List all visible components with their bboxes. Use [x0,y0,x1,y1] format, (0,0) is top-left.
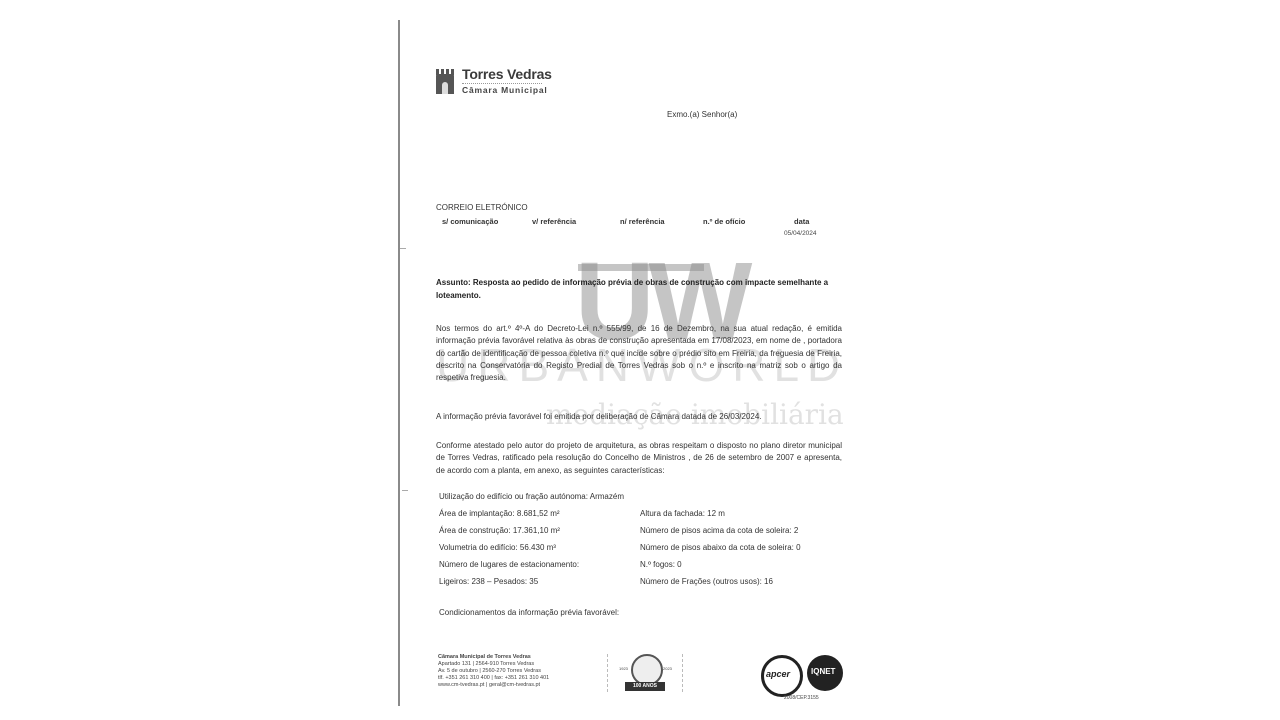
ref-our-reference: n/ referência [620,217,665,226]
letter-date: 05/04/2024 [784,230,817,237]
paragraph-deliberation: A informação prévia favorável foi emitid… [436,411,842,423]
centenary-seal-icon: 1923 2023 100 ANOS [605,652,685,694]
conditions-heading: Condicionamentos da informação prévia fa… [439,608,619,617]
ref-your-reference: v/ referência [532,217,576,226]
spec-right: Número de Frações (outros usos): 16 [640,577,773,586]
edge-tick [402,490,408,491]
spec-right: Número de pisos abaixo da cota de soleir… [640,543,801,552]
footer-line: Câmara Municipal de Torres Vedras [438,654,549,661]
paragraph-legal-basis: Nos termos do art.º 4º-A do Decreto-Lei … [436,323,842,384]
paragraph-compliance: Conforme atestado pelo autor do projeto … [436,440,842,477]
apcer-label: apcer [766,669,790,679]
watermark-bar [578,264,704,271]
spec-usage: Utilização do edifício ou fração autónom… [439,492,624,501]
page-edge [398,20,400,706]
municipality-name: Torres Vedras [462,67,552,82]
certification-code: 2008/CEP.3155 [784,695,819,701]
apcer-certification-icon: apcer [761,655,803,697]
footer-line: tlf. +351 261 310 400 | fax: +351 261 31… [438,675,549,682]
spec-left: Área de implantação: 8.681,52 m² [439,509,560,518]
iqnet-certification-icon: IQNET [807,655,843,691]
footer-line: Av. 5 de outubro | 2560-270 Torres Vedra… [438,668,549,675]
spec-left: Ligeiros: 238 – Pesados: 35 [439,577,538,586]
ref-office-number: n.º de ofício [703,217,745,226]
addressee: Exmo.(a) Senhor(a) [667,110,737,119]
letterhead-logo: Torres Vedras Câmara Municipal [434,67,552,95]
castle-tower-icon [434,68,456,94]
seal-ribbon: 100 ANOS [625,682,665,691]
edge-tick [400,248,406,249]
iqnet-label: IQNET [811,667,835,676]
spec-left: Volumetria do edifício: 56.430 m³ [439,543,556,552]
spec-left: Número de lugares de estacionamento: [439,560,579,569]
footer-line: www.cm-tvedras.pt | geral@cm-tvedras.pt [438,682,549,689]
ref-date-label: data [794,217,809,226]
municipality-subtitle: Câmara Municipal [462,85,552,95]
seal-year-right: 2023 [663,666,672,671]
spec-right: Altura da fachada: 12 m [640,509,725,518]
correspondence-channel: CORREIO ELETRÓNICO [436,203,528,212]
seal-year-left: 1923 [619,666,628,671]
spec-left: Área de construção: 17.361,10 m² [439,526,560,535]
footer-address: Câmara Municipal de Torres Vedras Aparta… [438,654,549,689]
spec-right: N.º fogos: 0 [640,560,682,569]
spec-right: Número de pisos acima da cota de soleira… [640,526,798,535]
subject: Assunto: Resposta ao pedido de informaçã… [436,276,846,302]
footer-line: Apartado 131 | 2564-910 Torres Vedras [438,661,549,668]
ref-your-communication: s/ comunicação [442,217,498,226]
